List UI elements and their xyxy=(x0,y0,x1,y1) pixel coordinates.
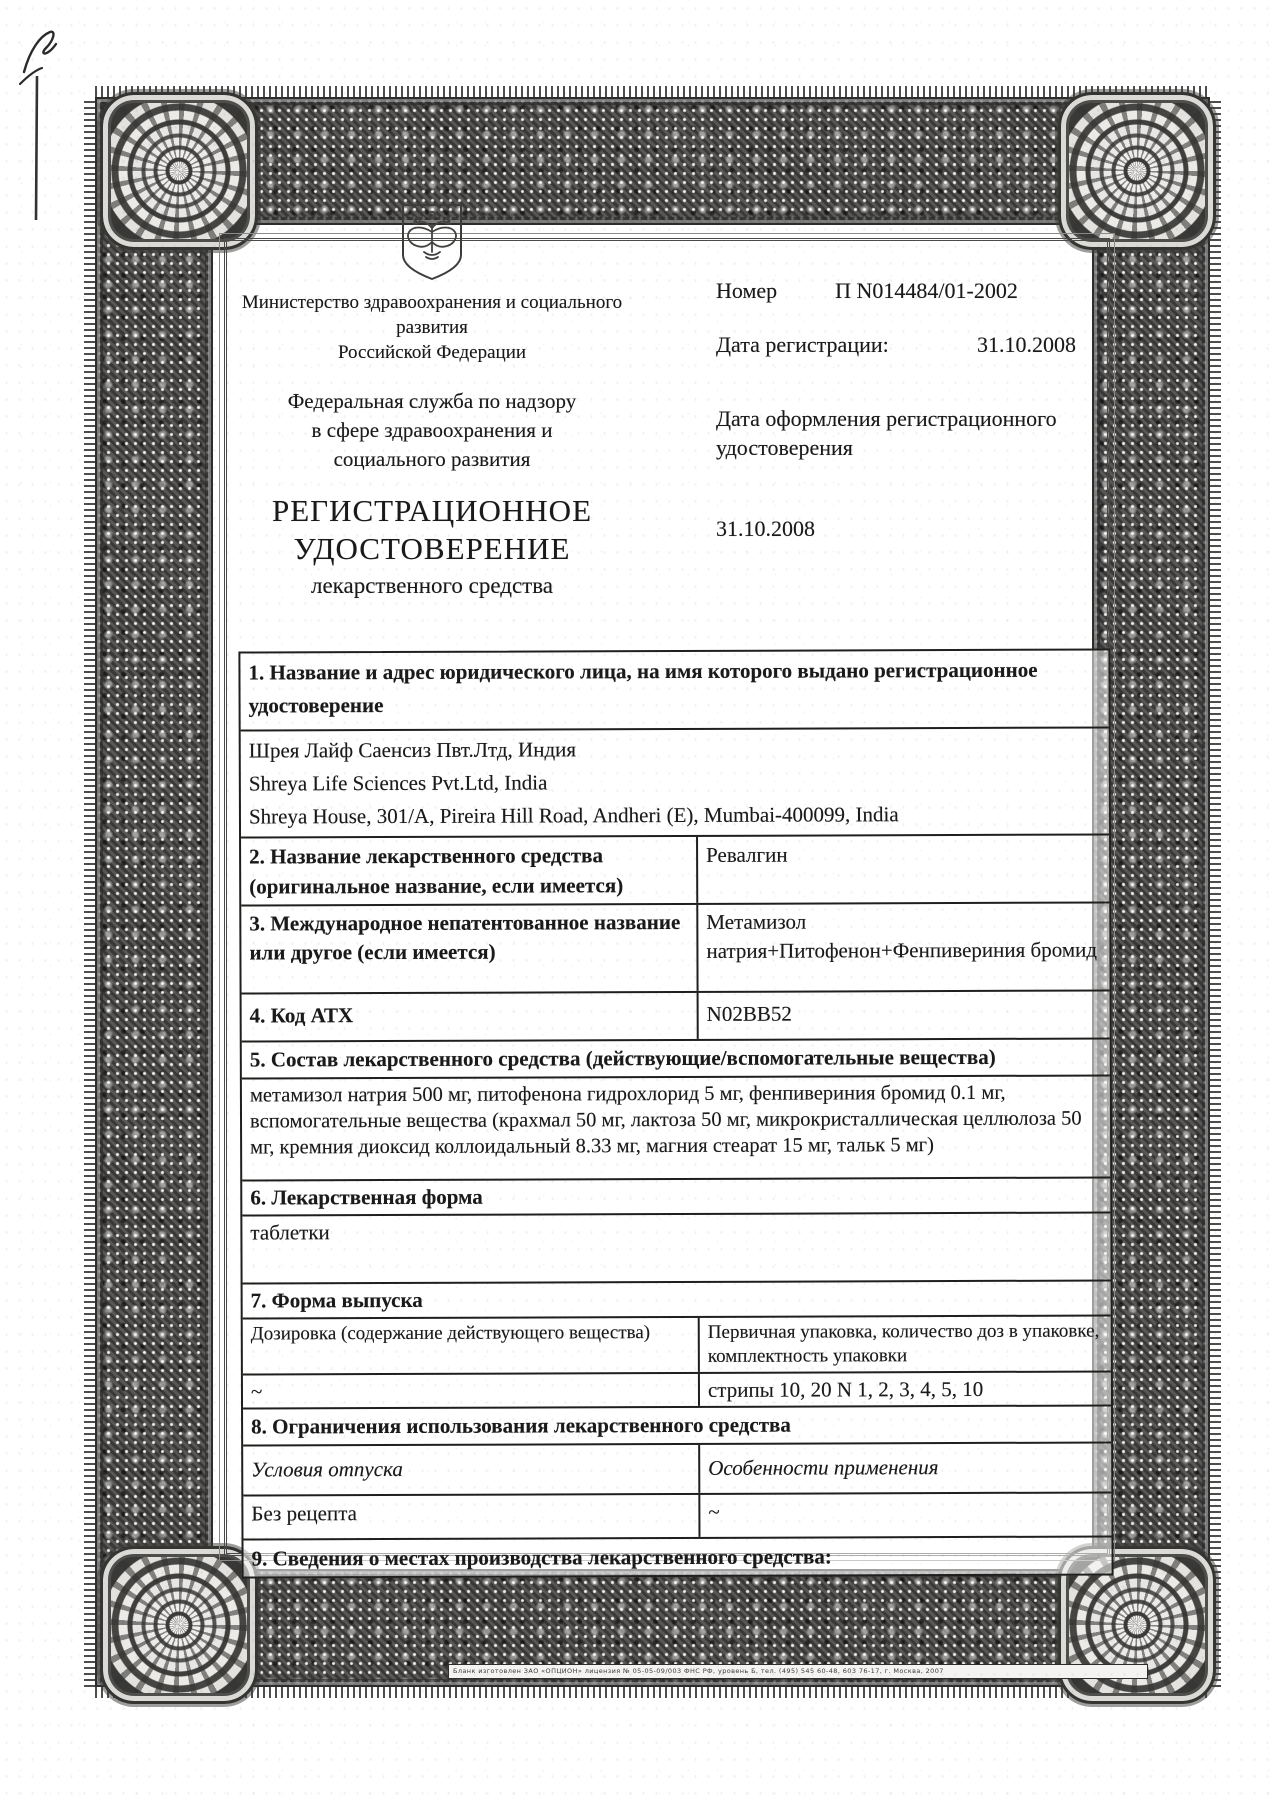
licensee-section-header: 1. Название и адрес юридического лица, н… xyxy=(240,650,1108,729)
atc-code-label: 4. Код АТХ xyxy=(242,993,699,1041)
handwritten-mark xyxy=(6,10,86,240)
issue-date-value: 31.10.2008 xyxy=(716,516,1110,542)
microprint-line: Бланк изготовлен ЗАО «ОПЦИОН» лицензия №… xyxy=(448,1664,1148,1679)
licensee-name-en: Shreya Life Sciences Pvt.Ltd, India xyxy=(249,765,899,800)
table-row-5-content: метамизол натрия 500 мг, питофенона гидр… xyxy=(242,1076,1110,1181)
table-row-7-columns: Дозировка (содержание действующего вещес… xyxy=(243,1316,1111,1375)
release-form-section-header: 7. Форма выпуска xyxy=(243,1284,431,1318)
certificate-subtitle: лекарственного средства xyxy=(218,572,646,600)
dispensing-conditions-value: Без рецепта xyxy=(243,1495,700,1539)
decorative-border-left xyxy=(95,97,213,1687)
federal-service-line3: социального развития xyxy=(218,445,646,474)
atc-code-value: N02BB52 xyxy=(699,991,1110,1038)
federal-service-line1: Федеральная служба по надзору xyxy=(218,387,646,416)
registration-table: 1. Название и адрес юридического лица, н… xyxy=(238,648,1113,1578)
table-row-1-content: Шрея Лайф Саенсиз Пвт.Лтд, Индия Shreya … xyxy=(241,728,1109,838)
table-row-4: 4. Код АТХ N02BB52 xyxy=(242,991,1110,1042)
number-value: П N014484/01-2002 xyxy=(835,278,1018,304)
composition-section-header: 5. Состав лекарственного средства (дейст… xyxy=(242,1040,1004,1078)
registration-date-label: Дата регистрации: xyxy=(716,332,889,358)
table-row-6-header: 6. Лекарственная форма xyxy=(242,1178,1110,1216)
table-row-8-values: Без рецепта ~ xyxy=(243,1493,1111,1540)
trade-name-label: 2. Название лекарственного средства (ори… xyxy=(241,837,698,905)
table-row-9-header: 9. Сведения о местах производства лекарс… xyxy=(243,1537,1111,1576)
ministry-name-line1: Министерство здравоохранения и социально… xyxy=(218,290,646,340)
inn-label: 3. Международное непатентованное названи… xyxy=(241,905,698,993)
restrictions-section-header: 8. Ограничения использования лекарственн… xyxy=(243,1408,799,1445)
application-features-label: Особенности применения xyxy=(700,1443,1111,1492)
table-row-2: 2. Название лекарственного средства (ори… xyxy=(241,835,1109,906)
corner-rosette-top-right xyxy=(1058,92,1216,250)
dosage-form-value: таблетки xyxy=(242,1216,338,1282)
package-column-label: Первичная упаковка, количество доз в упа… xyxy=(700,1316,1111,1371)
production-sites-section-header: 9. Сведения о местах производства лекарс… xyxy=(243,1538,839,1576)
table-row-7-header: 7. Форма выпуска xyxy=(243,1281,1111,1319)
table-row-3: 3. Международное непатентованное названи… xyxy=(241,903,1109,994)
issue-date-label: Дата оформления регистрационного удостов… xyxy=(716,404,1110,462)
table-row-1-header: 1. Название и адрес юридического лица, н… xyxy=(240,650,1108,731)
application-features-value: ~ xyxy=(700,1493,1111,1536)
table-row-8-header: 8. Ограничения использования лекарственн… xyxy=(243,1406,1111,1446)
table-row-5-header: 5. Состав лекарственного средства (дейст… xyxy=(242,1039,1110,1079)
inn-value: Метамизол натрия+Питофенон+Фенпивериния … xyxy=(698,903,1109,990)
dosage-form-section-header: 6. Лекарственная форма xyxy=(242,1181,491,1215)
federal-service-line2: в сфере здравоохранения и xyxy=(218,416,646,445)
composition-text: метамизол натрия 500 мг, питофенона гидр… xyxy=(242,1076,1110,1179)
registration-date-value: 31.10.2008 xyxy=(977,332,1110,358)
dosage-value: ~ xyxy=(243,1374,700,1408)
dosage-column-label: Дозировка (содержание действующего вещес… xyxy=(243,1318,700,1374)
certificate-title-line1: РЕГИСТРАЦИОННОЕ xyxy=(218,492,646,530)
table-row-6-content: таблетки xyxy=(242,1213,1110,1284)
decorative-border-top xyxy=(95,97,1210,225)
certificate-title-line2: УДОСТОВЕРЕНИЕ xyxy=(218,530,646,568)
dispensing-conditions-label: Условия отпуска xyxy=(243,1445,700,1495)
table-row-7-values: ~ стрипы 10, 20 N 1, 2, 3, 4, 5, 10 xyxy=(243,1372,1111,1409)
ministry-name-line2: Российской Федерации xyxy=(218,340,646,365)
licensee-address: Shreya House, 301/A, Pireira Hill Road, … xyxy=(249,798,899,833)
trade-name-value: Ревалгин xyxy=(698,835,1109,902)
table-row-8-columns: Условия отпуска Особенности применения xyxy=(243,1443,1111,1496)
coat-of-arms-icon xyxy=(397,202,467,282)
corner-rosette-top-left xyxy=(100,92,258,250)
package-value: стрипы 10, 20 N 1, 2, 3, 4, 5, 10 xyxy=(700,1372,1111,1405)
scanned-certificate-page: Бланк изготовлен ЗАО «ОПЦИОН» лицензия №… xyxy=(0,0,1272,1800)
corner-rosette-bottom-left xyxy=(100,1546,258,1704)
number-label: Номер xyxy=(716,278,777,304)
licensee-name-ru: Шрея Лайф Саенсиз Пвт.Лтд, Индия xyxy=(249,732,899,767)
